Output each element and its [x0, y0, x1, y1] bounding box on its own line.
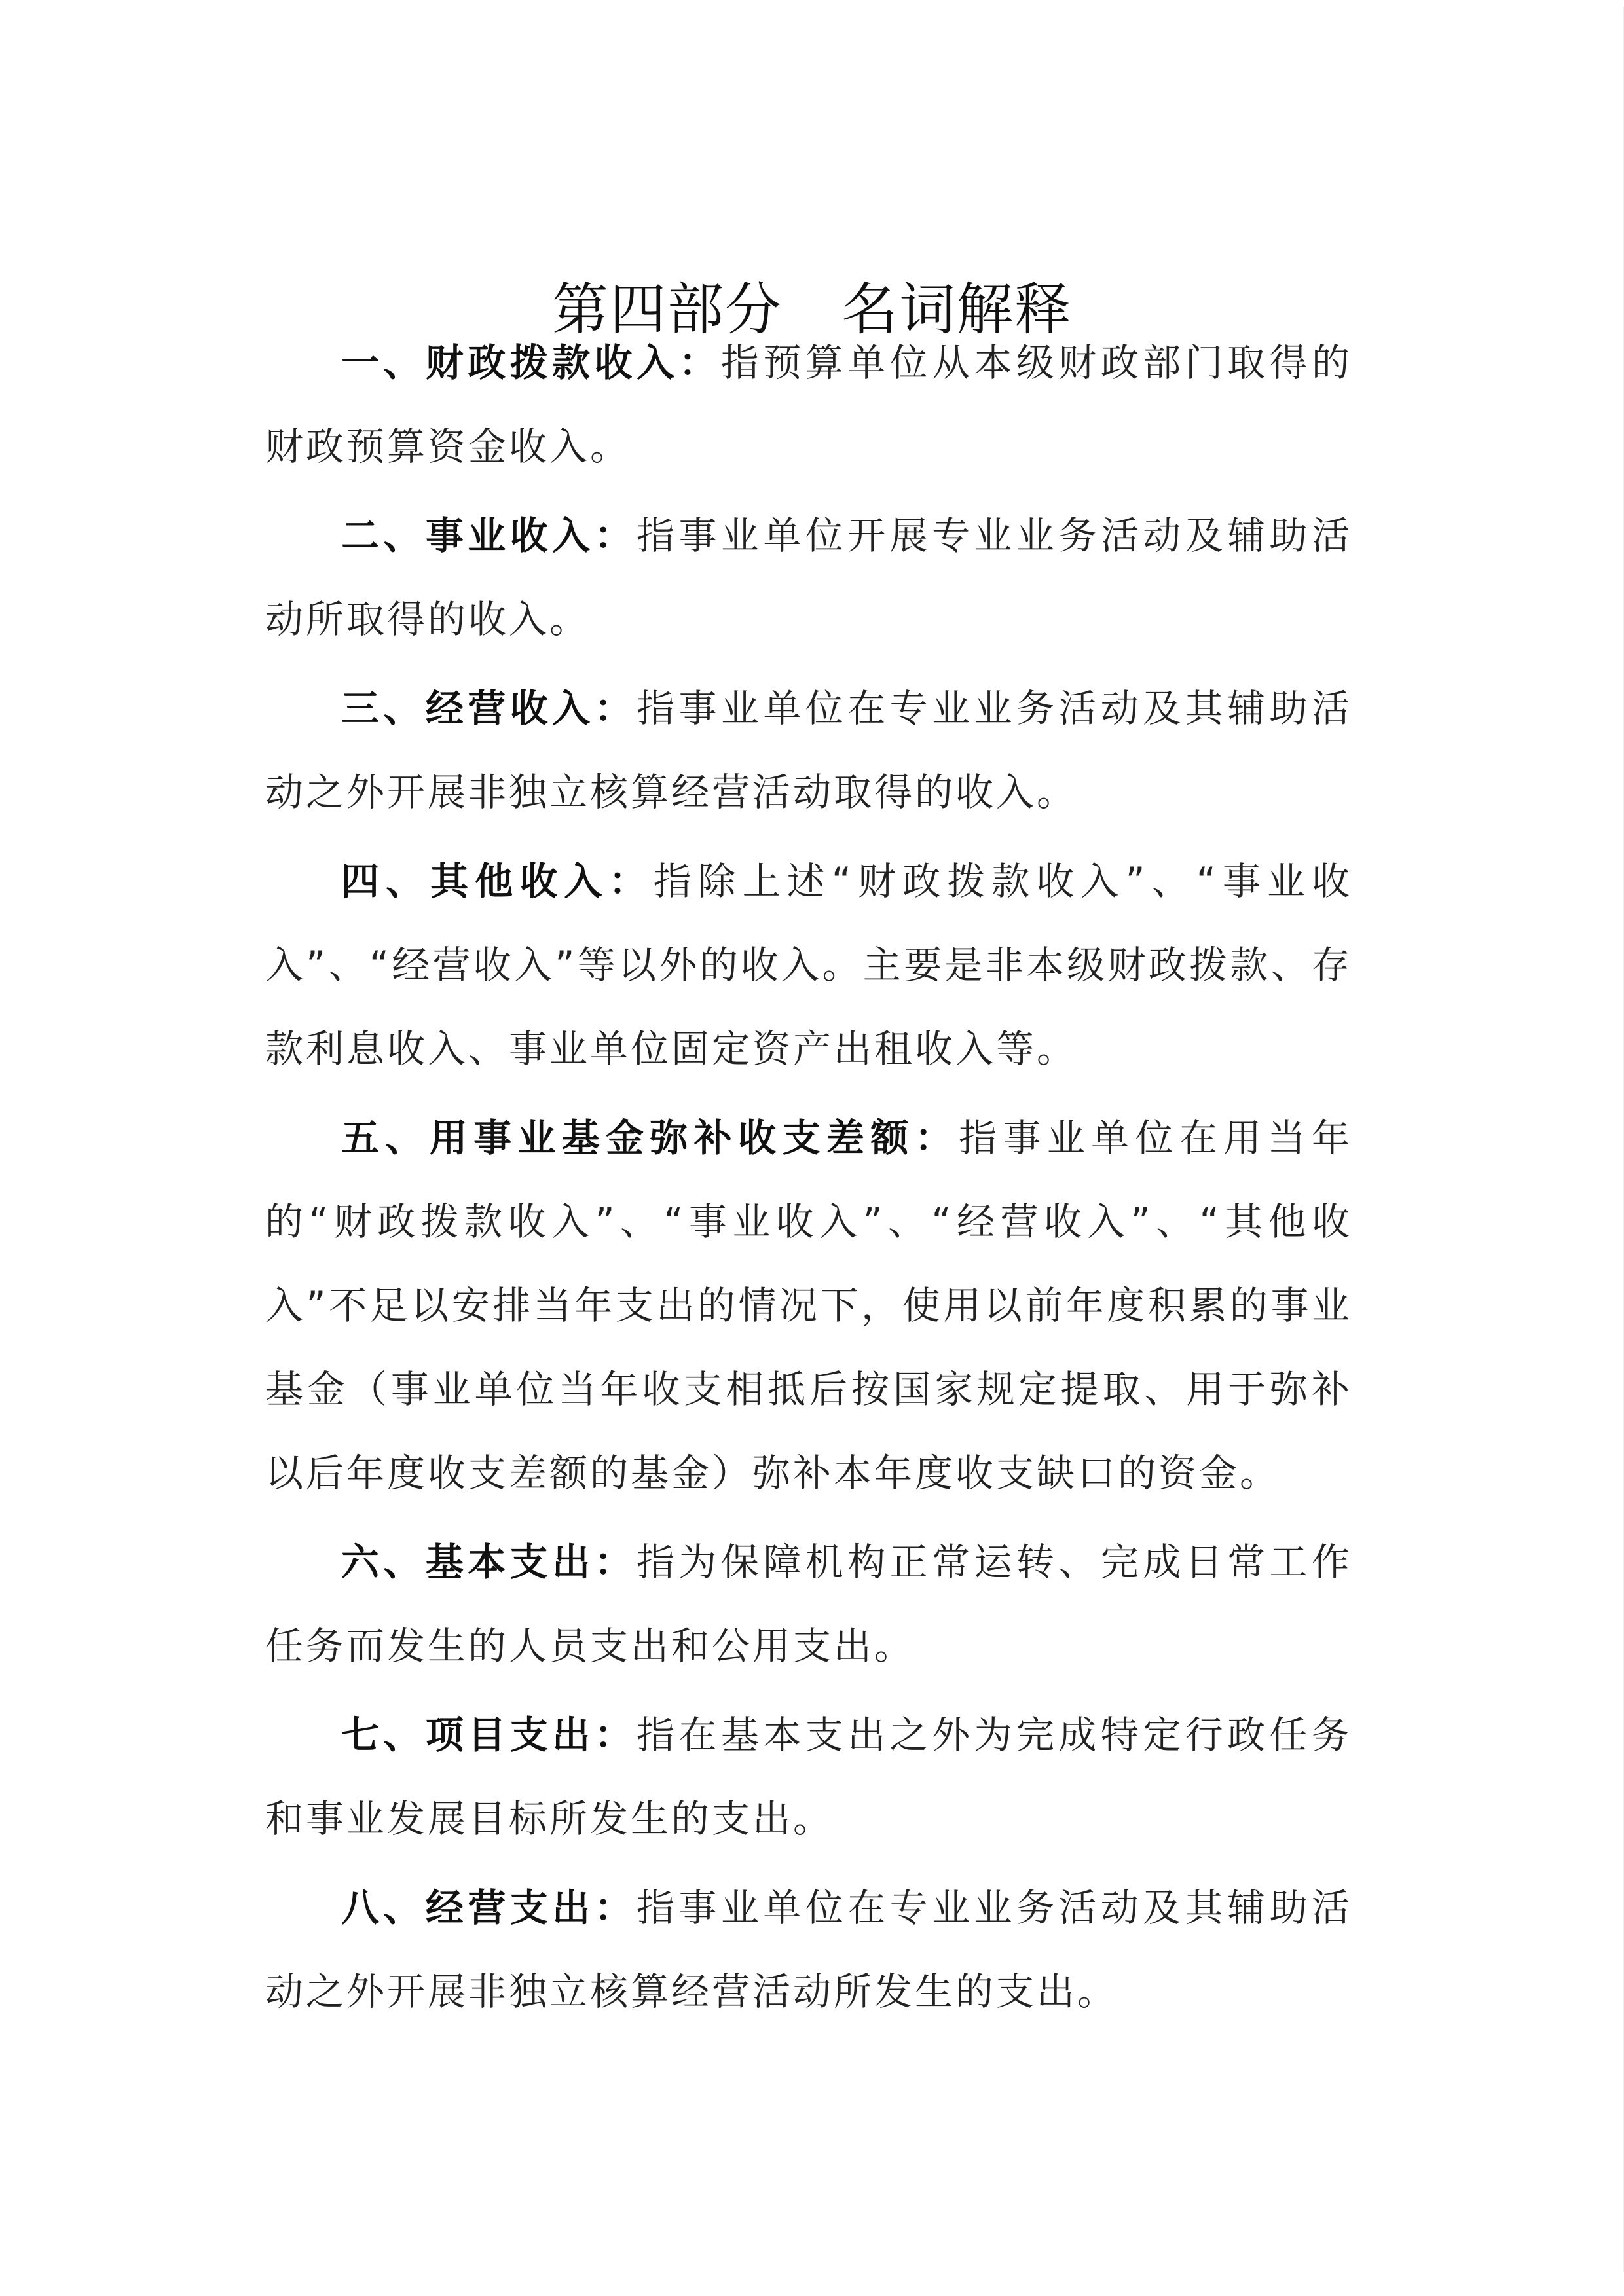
definition-item: 六、基本支出：指为保障机构正常运转、完成日常工作任务而发生的人员支出和公用支出。 — [265, 1520, 1352, 1688]
definition-item: 三、经营收入：指事业单位在专业业务活动及其辅助活动之外开展非独立核算经营活动取得… — [265, 666, 1352, 834]
definition-term: 七、项目支出： — [341, 1713, 637, 1757]
definition-text: 指事业单位在用当年的“财政拨款收入”、“事业收入”、“经营收入”、“其他收入”不… — [265, 1116, 1352, 1495]
definition-term: 二、事业收入： — [341, 513, 637, 558]
definition-term: 八、经营支出： — [341, 1886, 637, 1930]
document-page: 第四部分名词解释 一、财政拨款收入：指预算单位从本级财政部门取得的财政预算资金收… — [0, 0, 1624, 2296]
definition-term: 四、其他收入： — [341, 859, 654, 903]
definition-item: 七、项目支出：指在基本支出之外为完成特定行政任务和事业发展目标所发生的支出。 — [265, 1693, 1352, 1861]
definition-item: 一、财政拨款收入：指预算单位从本级财政部门取得的财政预算资金收入。 — [265, 321, 1352, 488]
definition-term: 五、用事业基金弥补收支差额： — [341, 1116, 959, 1160]
definition-item: 五、用事业基金弥补收支差额：指事业单位在用当年的“财政拨款收入”、“事业收入”、… — [265, 1096, 1352, 1515]
definition-item: 二、事业收入：指事业单位开展专业业务活动及辅助活动所取得的收入。 — [265, 494, 1352, 661]
definition-term: 三、经营收入： — [341, 686, 637, 731]
definition-item: 四、其他收入：指除上述“财政拨款收入”、“事业收入”、“经营收入”等以外的收入。… — [265, 839, 1352, 1091]
definition-item: 八、经营支出：指事业单位在专业业务活动及其辅助活动之外开展非独立核算经营活动所发… — [265, 1866, 1352, 2033]
definition-term: 六、基本支出： — [341, 1540, 637, 1584]
definitions-list: 一、财政拨款收入：指预算单位从本级财政部门取得的财政预算资金收入。 二、事业收入… — [265, 321, 1352, 2039]
definition-term: 一、财政拨款收入： — [341, 340, 721, 385]
